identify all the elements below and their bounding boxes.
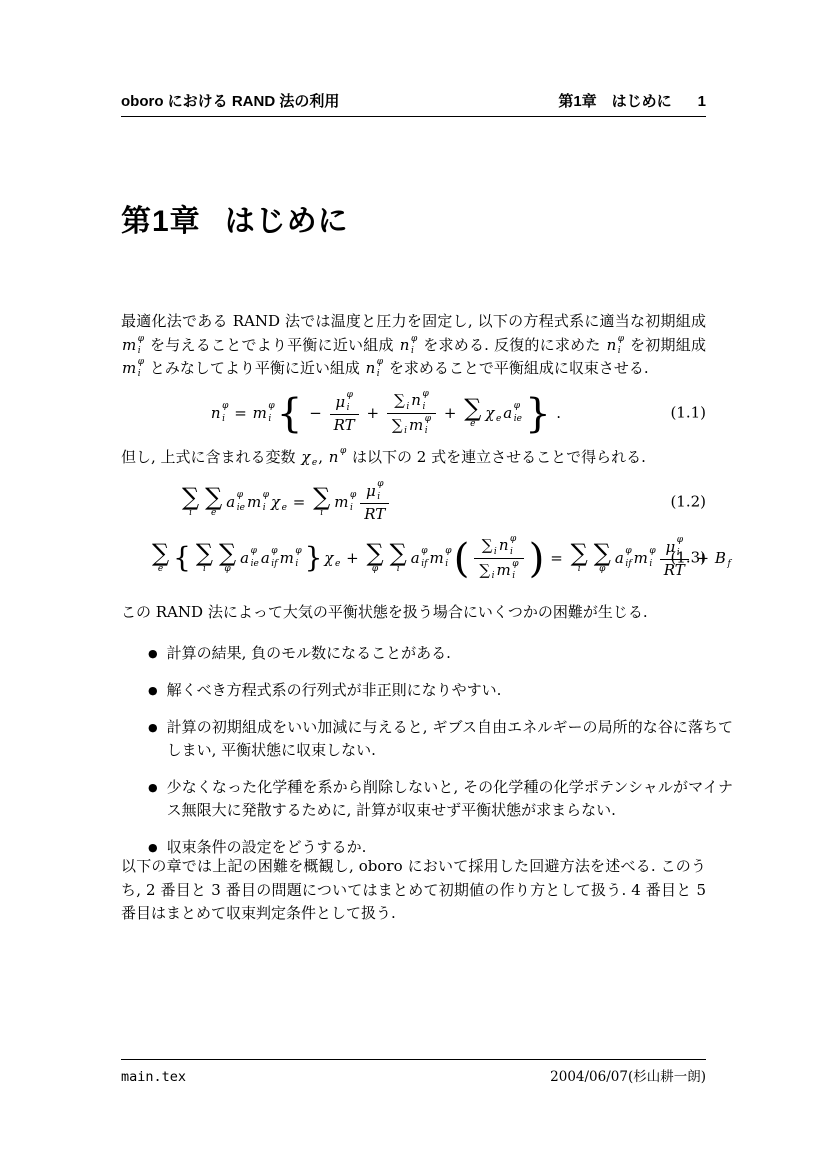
math-glyph: { bbox=[173, 545, 191, 570]
math-num: μφi bbox=[330, 390, 358, 413]
math-op: = bbox=[293, 493, 306, 512]
math-scripts: φi bbox=[512, 560, 518, 581]
math-sig: ∑ bbox=[196, 542, 213, 565]
math-sub: if bbox=[421, 560, 427, 569]
math-frac: μφiRT bbox=[330, 390, 359, 435]
math-sup: φ bbox=[514, 402, 522, 411]
math-sup: φ bbox=[425, 415, 431, 424]
math-scripts: e bbox=[282, 491, 287, 512]
math-txt: は以下の 2 式を連立させることで得られる. bbox=[347, 448, 646, 466]
math-lim: i bbox=[189, 509, 192, 518]
math-txt: ∑ bbox=[482, 536, 493, 555]
math-sig: ∑ bbox=[571, 542, 588, 565]
math-sup bbox=[492, 560, 495, 569]
math-sub: i bbox=[377, 370, 383, 379]
math-scripts: φif bbox=[625, 547, 631, 568]
math-sup: φ bbox=[251, 547, 259, 556]
math-sum: ∑i bbox=[196, 542, 213, 575]
math-den: RT bbox=[330, 414, 359, 436]
math-ss: mφi bbox=[253, 402, 275, 423]
math-sup: φ bbox=[510, 535, 516, 544]
math-sum: ∑i bbox=[313, 486, 330, 519]
math-ss: nφ bbox=[329, 446, 346, 470]
math-sum: ∑e bbox=[464, 397, 481, 430]
math-sup bbox=[312, 447, 317, 456]
math-var: m bbox=[280, 549, 294, 568]
math-var: n bbox=[499, 536, 509, 555]
math-scripts: φi bbox=[295, 547, 301, 568]
math-body: ∑ inφi∑ imφi bbox=[469, 534, 528, 582]
math-ss: nφi bbox=[211, 402, 228, 423]
equation-body: ∑i∑eaφiemφiχ e=∑imφiμφiRT bbox=[179, 479, 392, 524]
math-sum: ∑i bbox=[390, 542, 407, 575]
math-scripts: φie bbox=[251, 547, 259, 568]
bullet-icon: ● bbox=[148, 716, 158, 739]
math-ss: ∑ i bbox=[482, 535, 497, 556]
math-sup: φ bbox=[295, 547, 301, 556]
math-sub: i bbox=[411, 347, 417, 356]
math-scripts: i bbox=[406, 390, 409, 411]
math-var: a bbox=[261, 549, 270, 568]
math-var: a bbox=[503, 404, 512, 423]
math-sig: ∑ bbox=[182, 486, 199, 509]
math-txt: 但し, 上式に含まれる変数 bbox=[121, 448, 300, 466]
equation-number: (1.1) bbox=[670, 404, 706, 423]
equation-1-2: ∑i∑eaφiemφiχ e=∑imφiμφiRT (1.2) bbox=[121, 477, 706, 527]
math-scripts: φie bbox=[237, 491, 245, 512]
math-glyph: ( bbox=[454, 540, 470, 577]
difficulties-list: ● 計算の結果, 負のモル数になることがある. ● 解くべき方程式系の行列式が非… bbox=[121, 642, 733, 873]
math-sup: φ bbox=[411, 335, 417, 344]
math-scripts: φi bbox=[222, 402, 228, 423]
math-ss: aφie bbox=[240, 547, 259, 568]
math-ss: χ e bbox=[271, 491, 287, 512]
math-scripts: φ bbox=[340, 447, 346, 468]
math-sub: i bbox=[425, 427, 431, 436]
math-var: χ bbox=[485, 404, 494, 423]
math-glyph: } bbox=[305, 545, 323, 570]
header-chapter-label: 第1章 はじめに bbox=[558, 90, 671, 111]
math-ss: nφi bbox=[400, 334, 417, 358]
math-sub: i bbox=[377, 493, 383, 502]
math-var: μ bbox=[366, 482, 376, 501]
math-sum: ∑i bbox=[571, 542, 588, 575]
list-item-text: 解くべき方程式系の行列式が非正則になりやすい. bbox=[167, 679, 502, 702]
math-ss: mφi bbox=[122, 357, 144, 381]
math-sup: φ bbox=[222, 402, 228, 411]
math-ss: nφi bbox=[499, 535, 516, 556]
chapter-name: はじめに bbox=[225, 196, 349, 240]
math-body: −μφiRT+∑ inφi∑ imφi+∑eχ eaφie bbox=[302, 389, 524, 437]
math-txt: , bbox=[318, 448, 328, 466]
math-sup bbox=[282, 491, 287, 500]
math-ss: aφif bbox=[261, 547, 278, 568]
math-sup: φ bbox=[268, 402, 274, 411]
math-sup: φ bbox=[237, 491, 245, 500]
math-var: χ bbox=[301, 446, 310, 470]
math-ss: aφie bbox=[503, 402, 522, 423]
math-scripts: e bbox=[312, 447, 317, 468]
math-lim: φ bbox=[372, 565, 378, 574]
page-footer: main.tex 2004/06/07(杉山耕一朗) bbox=[121, 1065, 706, 1085]
math-sub: i bbox=[268, 415, 274, 424]
math-scripts: φif bbox=[421, 547, 427, 568]
math-sub: i bbox=[404, 427, 407, 436]
math-sum: ∑φ bbox=[366, 542, 383, 575]
bullet-icon: ● bbox=[148, 679, 158, 702]
bullet-icon: ● bbox=[148, 776, 158, 799]
bullet-icon: ● bbox=[148, 642, 158, 665]
math-sig: ∑ bbox=[152, 542, 169, 565]
math-num: μφi bbox=[361, 479, 389, 502]
paragraph-difficulties: この RAND 法によって大気の平衡状態を扱う場合にいくつかの困難が生じる. bbox=[121, 601, 706, 625]
math-ss: ∑ i bbox=[479, 560, 494, 581]
math-lim: φ bbox=[224, 565, 230, 574]
math-var: n bbox=[411, 391, 421, 410]
math-lim: φ bbox=[599, 565, 605, 574]
math-txt: この RAND 法によって大気の平衡状態を扱う場合にいくつかの困難が生じる. bbox=[121, 603, 648, 621]
math-var: m bbox=[122, 357, 136, 381]
math-scripts: φi bbox=[425, 415, 431, 436]
math-scripts: φi bbox=[347, 391, 353, 412]
list-item-text: 少なくなった化学種を系から削除しないと, その化学種の化学ポテンシャルがマイナス… bbox=[167, 776, 733, 822]
math-lim: i bbox=[320, 509, 323, 518]
math-sup bbox=[727, 547, 730, 556]
math-scripts: φi bbox=[618, 335, 624, 356]
math-sub: i bbox=[422, 403, 428, 412]
math-fence: (∑ inφi∑ imφi) bbox=[454, 534, 545, 582]
math-ss: aφif bbox=[615, 547, 632, 568]
math-var: μ bbox=[335, 393, 345, 412]
math-ss: ∑ i bbox=[392, 415, 407, 436]
math-sup: φ bbox=[271, 547, 277, 556]
math-ss: μφi bbox=[335, 391, 353, 412]
math-ss: nφi bbox=[607, 334, 624, 358]
math-sig: ∑ bbox=[219, 542, 236, 565]
math-sup: φ bbox=[377, 480, 383, 489]
math-txt: ∑ bbox=[479, 561, 490, 580]
math-sum: ∑φ bbox=[594, 542, 611, 575]
math-txt: を求める. 反復的に求めた bbox=[418, 336, 605, 354]
math-sub: i bbox=[138, 347, 144, 356]
math-txt: を求めることで平衡組成に収束させる. bbox=[384, 359, 649, 377]
math-op: + bbox=[444, 404, 457, 423]
math-fence: {−μφiRT+∑ inφi∑ imφi+∑eχ eaφie} bbox=[277, 389, 551, 437]
math-ss: mφi bbox=[280, 547, 302, 568]
math-sup bbox=[406, 390, 409, 399]
math-ss: mφi bbox=[497, 560, 519, 581]
math-op: − bbox=[309, 404, 322, 423]
math-ss: nφi bbox=[411, 390, 428, 411]
math-fence: {∑i∑φaφieaφifmφi} bbox=[173, 542, 322, 575]
math-txt: ∑ bbox=[394, 391, 405, 410]
math-sub: e bbox=[312, 459, 317, 468]
math-sup: φ bbox=[340, 447, 346, 456]
math-txt: 最適化法である RAND 法では温度と圧力を固定し, 以下の方程式系に適当な初期… bbox=[121, 312, 706, 330]
math-lim: e bbox=[158, 565, 163, 574]
math-sup: φ bbox=[649, 547, 655, 556]
math-sup: φ bbox=[350, 491, 356, 500]
math-txt: ∑ bbox=[392, 416, 403, 435]
math-scripts: e bbox=[496, 402, 501, 423]
header-right: 第1章 はじめに 1 bbox=[558, 90, 706, 111]
math-sup bbox=[404, 415, 407, 424]
document-page: oboro における RAND 法の利用 第1章 はじめに 1 第1章 はじめに… bbox=[0, 0, 826, 1169]
math-sub: i bbox=[406, 403, 409, 412]
math-ss: mφi bbox=[409, 415, 431, 436]
list-item-text: 計算の初期組成をいい加減に与えると, ギブス自由エネルギーの局所的な谷に落ちてし… bbox=[167, 716, 733, 762]
math-var: n bbox=[366, 357, 376, 381]
math-var: m bbox=[409, 416, 423, 435]
math-lim: i bbox=[203, 565, 206, 574]
math-scripts: φi bbox=[445, 547, 451, 568]
math-scripts: φi bbox=[138, 358, 144, 379]
math-ss: aφif bbox=[411, 547, 428, 568]
math-sup: φ bbox=[347, 391, 353, 400]
math-sub: e bbox=[282, 504, 287, 513]
math-txt: 以下の章では上記の困難を概観し, oboro において採用した回避方法を述べる.… bbox=[121, 857, 706, 922]
math-ss: mφi bbox=[430, 547, 452, 568]
math-sub: i bbox=[510, 548, 516, 557]
math-txt: を初期組成 bbox=[625, 336, 706, 354]
equation-body: nφi=mφi{−μφiRT+∑ inφi∑ imφi+∑eχ eaφie}. bbox=[210, 389, 561, 437]
math-sub: f bbox=[727, 560, 730, 569]
paragraph-closing: 以下の章では上記の困難を概観し, oboro において採用した回避方法を述べる.… bbox=[121, 855, 706, 926]
math-ss: B f bbox=[715, 547, 731, 568]
math-frac: μφiRT bbox=[360, 479, 389, 524]
math-ss: mφi bbox=[334, 491, 356, 512]
math-sup bbox=[335, 547, 340, 556]
math-scripts: i bbox=[404, 415, 407, 436]
math-glyph: } bbox=[525, 395, 551, 432]
math-ss: χ e bbox=[324, 547, 340, 568]
math-sig: ∑ bbox=[390, 542, 407, 565]
math-sub: i bbox=[492, 572, 495, 581]
math-sup: φ bbox=[377, 358, 383, 367]
math-var: B bbox=[715, 549, 726, 568]
math-op: + bbox=[367, 404, 380, 423]
math-sub: if bbox=[271, 560, 277, 569]
list-item-text: 計算の結果, 負のモル数になることがある. bbox=[167, 642, 451, 665]
math-var: n bbox=[607, 334, 617, 358]
math-var: χ bbox=[324, 549, 333, 568]
math-sub: ie bbox=[514, 415, 522, 424]
math-op: + bbox=[346, 549, 359, 568]
math-sup bbox=[496, 402, 501, 411]
math-sum: ∑i bbox=[182, 486, 199, 519]
math-sup: φ bbox=[421, 547, 427, 556]
math-scripts: φi bbox=[649, 547, 655, 568]
math-frac: ∑ inφi∑ imφi bbox=[474, 534, 523, 582]
math-op: = bbox=[234, 404, 247, 423]
math-scripts: i bbox=[494, 535, 497, 556]
math-lim: e bbox=[470, 420, 475, 429]
footer-rule bbox=[121, 1059, 706, 1060]
math-var: a bbox=[240, 549, 249, 568]
paragraph-intro: 最適化法である RAND 法では温度と圧力を固定し, 以下の方程式系に適当な初期… bbox=[121, 310, 706, 381]
math-sub: if bbox=[625, 560, 631, 569]
math-sig: ∑ bbox=[594, 542, 611, 565]
math-var: m bbox=[634, 549, 648, 568]
math-lim: e bbox=[211, 509, 216, 518]
math-scripts: φi bbox=[263, 491, 269, 512]
math-sup: φ bbox=[677, 536, 683, 545]
equation-body: ∑e{∑i∑φaφieaφifmφi}χ e+∑φ∑iaφifmφi(∑ inφ… bbox=[149, 534, 732, 582]
math-den: ∑ imφi bbox=[474, 558, 523, 582]
equation-1-3: ∑e{∑i∑φaφieaφifmφi}χ e+∑φ∑iaφifmφi(∑ inφ… bbox=[121, 527, 706, 589]
math-var: m bbox=[253, 404, 267, 423]
math-txt: . bbox=[556, 404, 561, 423]
math-sup: φ bbox=[263, 491, 269, 500]
math-scripts: i bbox=[492, 560, 495, 581]
math-scripts: φi bbox=[377, 358, 383, 379]
math-var: RT bbox=[364, 505, 385, 524]
math-sum: ∑φ bbox=[219, 542, 236, 575]
math-ss: mφi bbox=[247, 491, 269, 512]
math-scripts: φi bbox=[350, 491, 356, 512]
chapter-title: 第1章 はじめに bbox=[121, 196, 349, 240]
math-var: m bbox=[430, 549, 444, 568]
math-txt: を与えることでより平衡に近い組成 bbox=[145, 336, 399, 354]
math-sup: φ bbox=[445, 547, 451, 556]
paragraph-however: 但し, 上式に含まれる変数 χ e, nφ は以下の 2 式を連立させることで得… bbox=[121, 446, 706, 470]
math-ss: χ e bbox=[485, 402, 501, 423]
math-sub: i bbox=[347, 404, 353, 413]
math-ss: μφi bbox=[366, 480, 384, 501]
list-item: ● 解くべき方程式系の行列式が非正則になりやすい. bbox=[148, 679, 733, 702]
math-sum: ∑e bbox=[205, 486, 222, 519]
math-var: a bbox=[226, 493, 235, 512]
math-ss: ∑ i bbox=[394, 390, 409, 411]
math-sup: φ bbox=[512, 560, 518, 569]
math-sup: φ bbox=[625, 547, 631, 556]
math-var: a bbox=[411, 549, 420, 568]
math-var: n bbox=[400, 334, 410, 358]
math-ss: mφi bbox=[122, 334, 144, 358]
math-sup: φ bbox=[138, 335, 144, 344]
math-var: m bbox=[334, 493, 348, 512]
page-header: oboro における RAND 法の利用 第1章 はじめに 1 bbox=[121, 90, 706, 117]
equation-1-1: nφi=mφi{−μφiRT+∑ inφi∑ imφi+∑eχ eaφie}. … bbox=[121, 384, 706, 442]
math-op: = bbox=[550, 549, 563, 568]
math-sub: i bbox=[512, 572, 518, 581]
math-sup bbox=[494, 535, 497, 544]
math-ss: nφi bbox=[366, 357, 383, 381]
chapter-number: 第1章 bbox=[121, 196, 201, 240]
math-scripts: f bbox=[727, 547, 730, 568]
math-sup: φ bbox=[422, 390, 428, 399]
math-sub: e bbox=[335, 560, 340, 569]
math-sub: i bbox=[263, 504, 269, 513]
math-var: χ bbox=[271, 493, 280, 512]
math-sub: e bbox=[496, 415, 501, 424]
math-sub: i bbox=[138, 370, 144, 379]
math-glyph: ) bbox=[529, 540, 545, 577]
math-var: m bbox=[247, 493, 261, 512]
math-den: RT bbox=[360, 503, 389, 525]
math-sig: ∑ bbox=[313, 486, 330, 509]
math-sig: ∑ bbox=[205, 486, 222, 509]
math-sub: ie bbox=[237, 504, 245, 513]
header-left-title: oboro における RAND 法の利用 bbox=[121, 90, 339, 111]
math-sub: i bbox=[494, 548, 497, 557]
math-body: ∑i∑φaφieaφifmφi bbox=[191, 542, 305, 575]
math-scripts: e bbox=[335, 547, 340, 568]
math-var: n bbox=[211, 404, 221, 423]
math-num: ∑ inφi bbox=[389, 389, 434, 412]
math-sub: i bbox=[295, 560, 301, 569]
math-sup: φ bbox=[138, 358, 144, 367]
math-scripts: φi bbox=[510, 535, 516, 556]
math-ss: aφie bbox=[226, 491, 245, 512]
math-sig: ∑ bbox=[464, 397, 481, 420]
math-var: a bbox=[615, 549, 624, 568]
math-sub: i bbox=[649, 560, 655, 569]
math-scripts: φi bbox=[377, 480, 383, 501]
math-sup: φ bbox=[618, 335, 624, 344]
math-sub: i bbox=[618, 347, 624, 356]
math-ss: χ e bbox=[301, 446, 317, 470]
list-item: ● 少なくなった化学種を系から削除しないと, その化学種の化学ポテンシャルがマイ… bbox=[148, 776, 733, 822]
math-sub bbox=[340, 459, 346, 468]
list-item: ● 計算の初期組成をいい加減に与えると, ギブス自由エネルギーの局所的な谷に落ち… bbox=[148, 716, 733, 762]
math-den: ∑ imφi bbox=[387, 413, 436, 437]
math-lim: i bbox=[578, 565, 581, 574]
math-txt: とみなしてより平衡に近い組成 bbox=[145, 359, 365, 377]
math-var: m bbox=[122, 334, 136, 358]
math-scripts: φie bbox=[514, 402, 522, 423]
list-item: ● 計算の結果, 負のモル数になることがある. bbox=[148, 642, 733, 665]
math-sub: i bbox=[445, 560, 451, 569]
math-var: RT bbox=[334, 416, 355, 435]
math-num: ∑ inφi bbox=[477, 534, 522, 557]
math-scripts: φif bbox=[271, 547, 277, 568]
math-sub: ie bbox=[251, 560, 259, 569]
math-sum: ∑e bbox=[152, 542, 169, 575]
math-glyph: { bbox=[277, 395, 303, 432]
math-sub: i bbox=[222, 415, 228, 424]
footer-date-author: 2004/06/07(杉山耕一朗) bbox=[550, 1065, 706, 1085]
math-scripts: φi bbox=[138, 335, 144, 356]
math-lim: i bbox=[397, 565, 400, 574]
equation-number: (1.2) bbox=[670, 493, 706, 512]
math-scripts: φi bbox=[422, 390, 428, 411]
page-number: 1 bbox=[698, 93, 706, 110]
math-var: n bbox=[329, 446, 339, 470]
footer-filename: main.tex bbox=[121, 1069, 186, 1085]
math-ss: mφi bbox=[634, 547, 656, 568]
math-frac: ∑ inφi∑ imφi bbox=[387, 389, 436, 437]
math-sub: i bbox=[350, 504, 356, 513]
math-scripts: φi bbox=[268, 402, 274, 423]
math-sig: ∑ bbox=[366, 542, 383, 565]
math-scripts: φi bbox=[411, 335, 417, 356]
math-var: m bbox=[497, 561, 511, 580]
equation-number: (1.3) bbox=[670, 549, 706, 568]
